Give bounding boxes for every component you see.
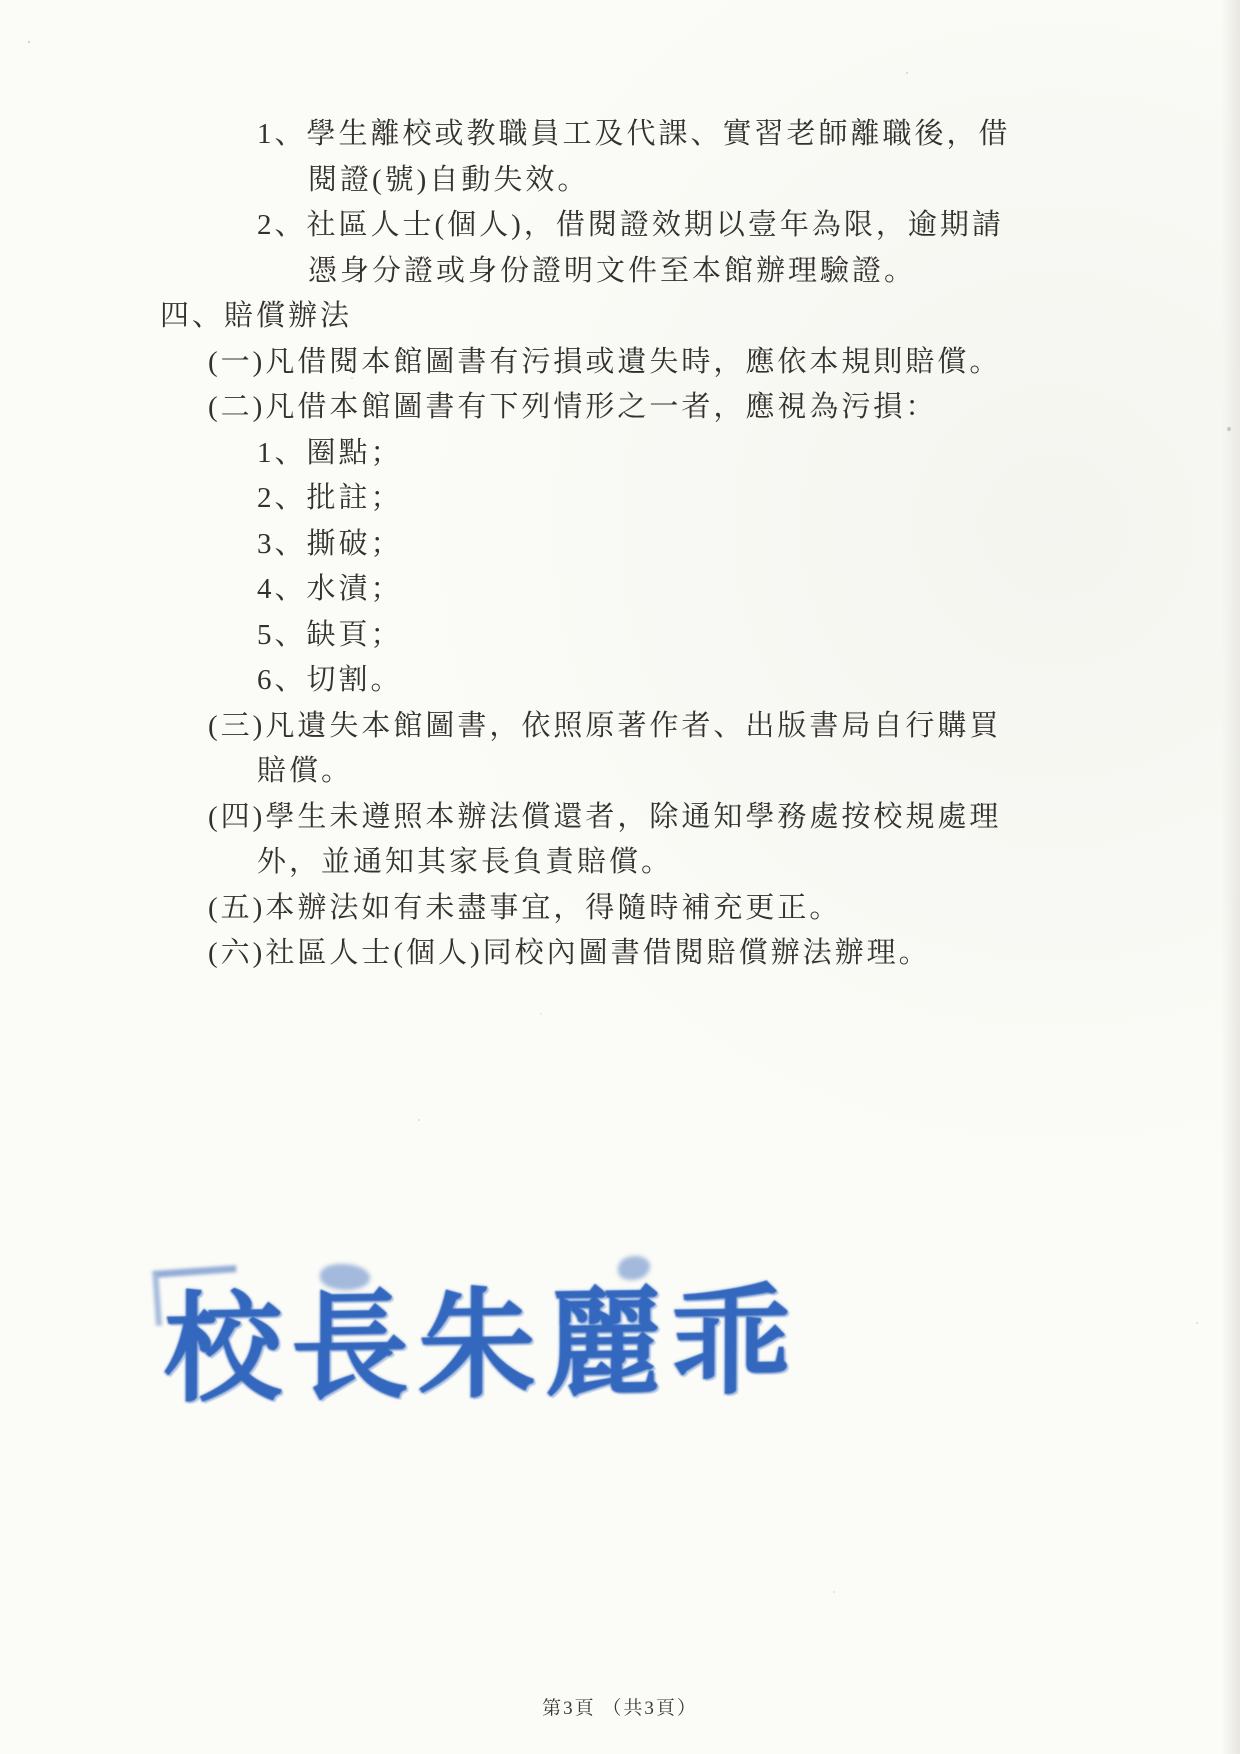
list-item-line: 6、切割。 bbox=[160, 658, 1200, 704]
stamp-text: 校長朱麗乖 bbox=[164, 1258, 800, 1437]
list-item-line: 5、缺頁； bbox=[160, 613, 1200, 659]
clause-line: 外，並通知其家長負責賠償。 bbox=[160, 840, 1200, 886]
list-item-line: 2、批註； bbox=[160, 476, 1200, 522]
clause-line: (四)學生未遵照本辦法償還者，除通知學務處按校規處理 bbox=[160, 795, 1200, 841]
document-body: 1、學生離校或教職員工及代課、實習老師離職後，借 閱證(號)自動失效。 2、社區… bbox=[160, 112, 1200, 977]
document-line: 2、社區人士(個人)，借閱證效期以壹年為限，逾期請 bbox=[160, 203, 1200, 249]
paper-speckles bbox=[0, 0, 2, 2]
clause-line: 賠償。 bbox=[160, 749, 1200, 795]
document-line: 閱證(號)自動失效。 bbox=[160, 158, 1200, 204]
clause-line: (一)凡借閱本館圖書有污損或遺失時，應依本規則賠償。 bbox=[160, 340, 1200, 386]
list-item-line: 1、圈點； bbox=[160, 431, 1200, 477]
clause-line: (五)本辦法如有未盡事宜，得隨時補充更正。 bbox=[160, 886, 1200, 932]
scanned-document-page: 1、學生離校或教職員工及代課、實習老師離職後，借 閱證(號)自動失效。 2、社區… bbox=[0, 0, 1240, 1754]
document-line: 憑身分證或身份證明文件至本館辦理驗證。 bbox=[160, 249, 1200, 295]
clause-line: (六)社區人士(個人)同校內圖書借閱賠償辦法辦理。 bbox=[160, 931, 1200, 977]
clause-line: (二)凡借本館圖書有下列情形之一者，應視為污損： bbox=[160, 385, 1200, 431]
principal-signature-stamp: 校長朱麗乖 bbox=[148, 1256, 788, 1466]
list-item-line: 3、撕破； bbox=[160, 522, 1200, 568]
clause-line: (三)凡遺失本館圖書，依照原著作者、出版書局自行購買 bbox=[160, 704, 1200, 750]
page-number-footer: 第3頁 （共3頁） bbox=[0, 1693, 1240, 1720]
document-line: 1、學生離校或教職員工及代課、實習老師離職後，借 bbox=[160, 112, 1200, 158]
section-heading: 四、賠償辦法 bbox=[160, 294, 1200, 340]
list-item-line: 4、水漬； bbox=[160, 567, 1200, 613]
